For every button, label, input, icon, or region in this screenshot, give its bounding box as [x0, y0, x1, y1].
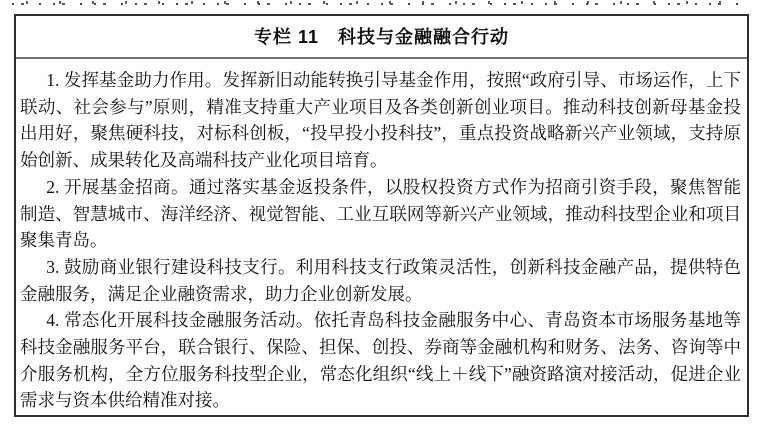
paragraph-fund-support: 1. 发挥基金助力作用。发挥新旧动能转换引导基金作用，按照“政府引导、市场运作，…	[20, 67, 741, 174]
panel-title: 专栏 11 科技与金融融合行动	[16, 16, 747, 59]
clipped-text-fragment	[12, 1, 742, 5]
panel-body: 1. 发挥基金助力作用。发挥新旧动能转换引导基金作用，按照“政府引导、市场运作，…	[16, 59, 747, 414]
paragraph-tech-bank-branches: 3. 鼓励商业银行建设科技支行。利用科技支行政策灵活性，创新科技金融产品，提供特…	[20, 254, 741, 307]
paragraph-fund-investment-attraction: 2. 开展基金招商。通过落实基金返投条件，以股权投资方式作为招商引资手段，聚焦智…	[20, 174, 741, 254]
paragraph-tech-finance-services: 4. 常态化开展科技金融服务活动。依托青岛科技金融服务中心、青岛资本市场服务基地…	[20, 307, 741, 414]
column-panel: 专栏 11 科技与金融融合行动 1. 发挥基金助力作用。发挥新旧动能转换引导基金…	[14, 14, 749, 417]
document-page: 专栏 11 科技与金融融合行动 1. 发挥基金助力作用。发挥新旧动能转换引导基金…	[0, 0, 772, 437]
